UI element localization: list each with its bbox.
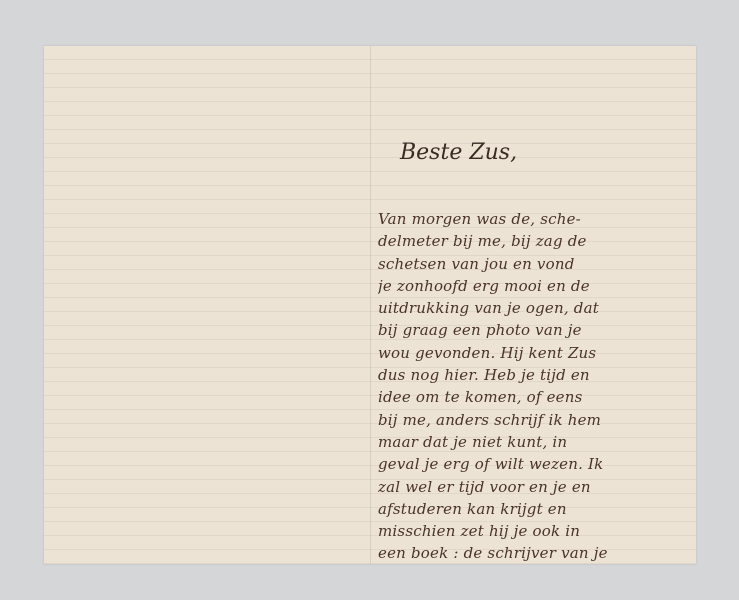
letter-line: uitdrukking van je ogen, dat <box>378 297 688 319</box>
letter-line: bij me, anders schrijf ik hem <box>378 409 688 431</box>
letter-line: afstuderen kan krijgt en <box>378 498 688 520</box>
letter-line: een boek : de schrijver van je <box>378 542 688 564</box>
letter-line: je zonhoofd erg mooi en de <box>378 275 688 297</box>
letter-line: Van morgen was de, sche- <box>378 208 688 230</box>
salutation: Beste Zus, <box>400 140 517 165</box>
letter-line: wou gevonden. Hij kent Zus <box>378 342 688 364</box>
letter-line: schetsen van jou en vond <box>378 253 688 275</box>
letter-body: Van morgen was de, sche- delmeter bij me… <box>378 208 688 565</box>
letter-line: idee om te komen, of eens <box>378 386 688 408</box>
center-fold <box>370 46 371 564</box>
letter-line: delmeter bij me, bij zag de <box>378 230 688 252</box>
letter-line: geval je erg of wilt wezen. Ik <box>378 453 688 475</box>
letter-line: bij graag een photo van je <box>378 319 688 341</box>
letter-line: maar dat je niet kunt, in <box>378 431 688 453</box>
letter-line: dus nog hier. Heb je tijd en <box>378 364 688 386</box>
letter-line: zal wel er tijd voor en je en <box>378 476 688 498</box>
letter-line: misschien zet hij je ook in <box>378 520 688 542</box>
